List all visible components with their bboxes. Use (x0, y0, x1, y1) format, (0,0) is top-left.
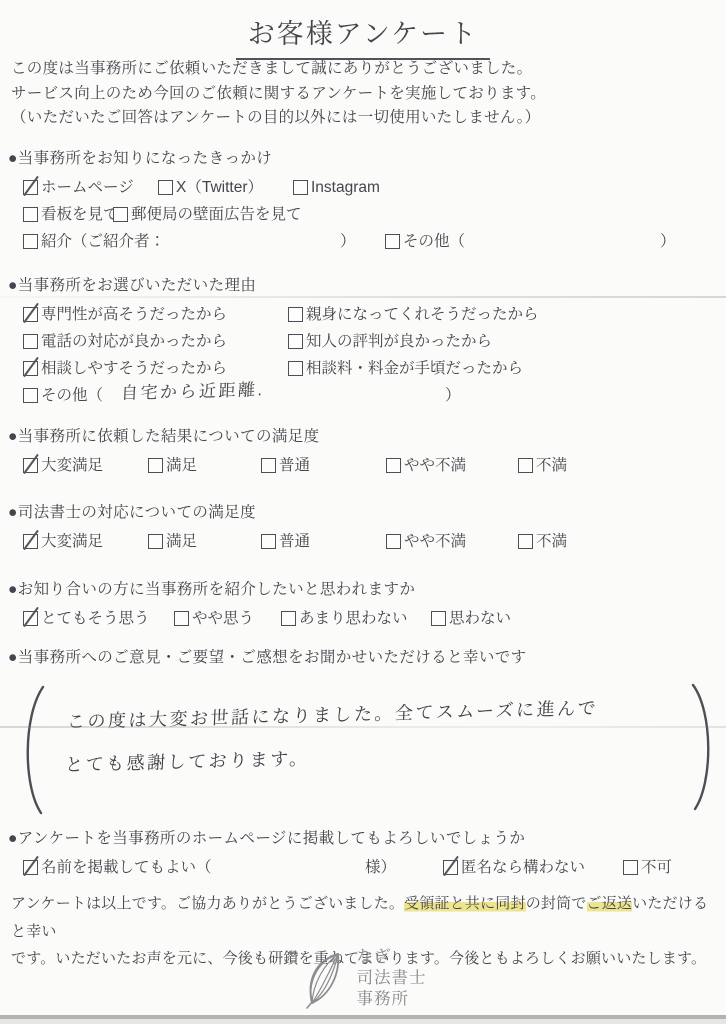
paper-crease-lower (0, 726, 726, 728)
option-label: やや思う (192, 605, 254, 632)
checkbox[interactable] (23, 534, 38, 549)
referral-blank-field[interactable] (183, 228, 338, 255)
reason-options-grid: 専門性が高そうだったから 親身になってくれそうだったから 電話の対応が良かったか… (23, 301, 720, 382)
option-label: あまり思わない (299, 605, 408, 632)
option-kindness[interactable]: 親身になってくれそうだったから (288, 301, 720, 328)
office-name-line-3: 事務所 (357, 989, 427, 1010)
source-options-row-3: 紹介（ご紹介者： ） その他（ ） (23, 228, 720, 255)
closing-highlight-1: 受領証と共に同封 (404, 895, 526, 912)
closing-highlight-2: ご返送 (587, 895, 633, 912)
closing-part-2: の封筒で (526, 895, 587, 912)
option-x-twitter[interactable]: X（Twitter） (158, 174, 293, 201)
option-label: 親身になってくれそうだったから (306, 301, 539, 328)
checkbox[interactable] (23, 458, 38, 473)
page-title: お客様アンケート (236, 12, 490, 60)
intro-line-2: サービス向上のため今回のご依頼に関するアンケートを実施しております。 (11, 82, 546, 107)
recommend-row: とてもそう思う やや思う あまり思わない 思わない (23, 605, 720, 632)
other-reason-close-paren: ） (445, 382, 461, 409)
question-reason: ●当事務所をお選びいただいた理由 専門性が高そうだったから 親身になってくれそう… (8, 273, 720, 409)
option-disagree[interactable]: 思わない (431, 605, 511, 632)
option-instagram[interactable]: Instagram (293, 174, 380, 201)
option-label: 郵便局の壁面広告を見て (131, 201, 302, 228)
option-homepage[interactable]: ホームページ (23, 174, 158, 201)
checkbox[interactable] (288, 307, 303, 322)
question-comments: ●当事務所へのご意見・ご要望・ご感想をお聞かせいただけると幸いです (8, 645, 720, 667)
option-label: 大変満足 (41, 452, 103, 479)
option-label: Instagram (311, 174, 380, 201)
question-reason-heading: ●当事務所をお選びいただいた理由 (8, 273, 720, 295)
office-logo: なぎ 司法書士 事務所 (0, 947, 726, 1010)
survey-page: お客様アンケート この度は当事務所にご依頼いただきまして誠にありがとうございまし… (0, 0, 726, 1024)
option-post-office-ad[interactable]: 郵便局の壁面広告を見て (113, 201, 302, 228)
option-label: とてもそう思う (41, 605, 150, 632)
option-label: 不満 (536, 452, 567, 479)
option-label: 不可 (641, 854, 672, 881)
paper-crease-upper (0, 296, 726, 298)
checkbox[interactable] (261, 458, 276, 473)
option-label: 匿名なら構わない (461, 854, 585, 881)
question-recommend: ●お知り合いの方に当事務所を紹介したいと思われますか とてもそう思う やや思う … (8, 577, 720, 632)
checkbox[interactable] (23, 388, 38, 403)
option-somewhat-dissatisfied[interactable]: やや不満 (386, 528, 518, 555)
option-label: 相談料・料金が手頃だったから (306, 355, 523, 382)
option-other-reason[interactable]: その他（ (23, 382, 103, 409)
title-wrap: お客様アンケート (0, 12, 726, 60)
checkbox[interactable] (386, 458, 401, 473)
option-not-allowed[interactable]: 不可 (623, 854, 672, 881)
option-label: 大変満足 (41, 528, 103, 555)
option-reputation[interactable]: 知人の評判が良かったから (288, 328, 720, 355)
checkbox[interactable] (288, 334, 303, 349)
comments-area[interactable]: この度は大変お世話になりました。全てスムーズに進んで とても感謝しております。 (8, 682, 720, 820)
option-phone-response[interactable]: 電話の対応が良かったから (23, 328, 288, 355)
reason-other-row: その他（ 自宅から近距離. ） (23, 382, 720, 409)
question-publish-heading: ●アンケートを当事務所のホームページに掲載してもよろしいでしょうか (8, 826, 720, 848)
question-recommend-heading: ●お知り合いの方に当事務所を紹介したいと思われますか (8, 577, 720, 599)
leaf-icon (300, 948, 348, 1010)
checkbox[interactable] (623, 860, 638, 875)
option-dissatisfied[interactable]: 不満 (518, 528, 567, 555)
checkbox[interactable] (23, 361, 38, 376)
publish-options-row: 名前を掲載してもよい（ 様） 匿名なら構わない 不可 (23, 854, 720, 881)
checkbox[interactable] (293, 180, 308, 195)
question-source: ●当事務所をお知りになったきっかけ ホームページ X（Twitter） Inst… (8, 146, 720, 255)
checkbox[interactable] (23, 307, 38, 322)
question-comments-heading: ●当事務所へのご意見・ご要望・ご感想をお聞かせいただけると幸いです (8, 645, 720, 667)
checkbox[interactable] (23, 860, 38, 875)
checkbox[interactable] (23, 207, 38, 222)
checkbox[interactable] (23, 234, 38, 249)
option-strongly-agree[interactable]: とてもそう思う (23, 605, 174, 632)
intro-text: この度は当事務所にご依頼いただきまして誠にありがとうございました。 サービス向上… (11, 57, 546, 131)
checkbox[interactable] (518, 458, 533, 473)
option-label: 専門性が高そうだったから (41, 301, 227, 328)
option-label: 満足 (166, 528, 197, 555)
source-options-row-1: ホームページ X（Twitter） Instagram (23, 174, 720, 201)
checkbox[interactable] (431, 611, 446, 626)
checkbox[interactable] (23, 611, 38, 626)
intro-line-3: （いただいたご回答はアンケートの目的以外には一切使用いたしません。） (11, 106, 546, 131)
option-label: 電話の対応が良かったから (41, 328, 227, 355)
comment-bracket-right-icon (690, 682, 720, 812)
option-neutral[interactable]: 普通 (261, 452, 386, 479)
option-label: その他（ (41, 382, 103, 409)
checkbox[interactable] (385, 234, 400, 249)
checkbox[interactable] (148, 458, 163, 473)
question-staff-heading: ●司法書士の対応についての満足度 (8, 500, 720, 522)
question-result-heading: ●当事務所に依頼した結果についての満足度 (8, 424, 720, 446)
checkbox[interactable] (23, 334, 38, 349)
checkbox[interactable] (261, 534, 276, 549)
source-options-row-2: 看板を見て 郵便局の壁面広告を見て (23, 201, 720, 228)
option-anonymous-ok[interactable]: 匿名なら構わない (443, 854, 585, 881)
option-signboard[interactable]: 看板を見て (23, 201, 113, 228)
option-label: 名前を掲載してもよい（ (41, 854, 212, 881)
option-expertise[interactable]: 専門性が高そうだったから (23, 301, 288, 328)
checkbox[interactable] (148, 534, 163, 549)
checkbox[interactable] (158, 180, 173, 195)
handwritten-other-reason: 自宅から近距離. (120, 376, 265, 407)
option-somewhat-agree[interactable]: やや思う (174, 605, 281, 632)
option-reasonable-fee[interactable]: 相談料・料金が手頃だったから (288, 355, 720, 382)
checkbox[interactable] (23, 180, 38, 195)
option-label: 思わない (449, 605, 511, 632)
handwritten-comment: この度は大変お世話になりました。全てスムーズに進んで とても感謝しております。 (64, 687, 599, 787)
question-source-heading: ●当事務所をお知りになったきっかけ (8, 146, 720, 168)
option-label: やや不満 (404, 452, 466, 479)
scan-bottom-margin (0, 1019, 726, 1024)
checkbox[interactable] (386, 534, 401, 549)
question-publish: ●アンケートを当事務所のホームページに掲載してもよろしいでしょうか 名前を掲載し… (8, 826, 720, 881)
other-source-blank-field[interactable] (463, 228, 658, 255)
option-label: 知人の評判が良かったから (306, 328, 492, 355)
option-neutral[interactable]: 普通 (261, 528, 386, 555)
name-blank-field[interactable] (218, 854, 363, 881)
option-label: 普通 (279, 528, 310, 555)
question-result-satisfaction: ●当事務所に依頼した結果についての満足度 大変満足 満足 普通 やや不満 (8, 424, 720, 479)
option-dissatisfied[interactable]: 不満 (518, 452, 567, 479)
option-satisfied[interactable]: 満足 (148, 452, 261, 479)
option-referral[interactable]: 紹介（ご紹介者： (23, 228, 165, 255)
checkbox[interactable] (443, 860, 458, 875)
closing-part-1: アンケートは以上です。ご協力ありがとうございました。 (11, 895, 404, 912)
result-satisfaction-row: 大変満足 満足 普通 やや不満 不満 (23, 452, 720, 479)
office-name-line-1: なぎ (357, 947, 427, 968)
referral-close-paren: ） (340, 228, 356, 255)
staff-satisfaction-row: 大変満足 満足 普通 やや不満 不満 (23, 528, 720, 555)
option-label: X（Twitter） (176, 174, 263, 201)
option-very-satisfied[interactable]: 大変満足 (23, 528, 148, 555)
option-satisfied[interactable]: 満足 (148, 528, 261, 555)
option-other-source[interactable]: その他（ (385, 228, 465, 255)
option-label: 看板を見て (41, 201, 119, 228)
office-name-line-2: 司法書士 (357, 968, 427, 989)
other-source-close-paren: ） (660, 228, 676, 255)
option-label: ホームページ (41, 174, 134, 201)
option-publish-with-name[interactable]: 名前を掲載してもよい（ (23, 854, 212, 881)
question-staff-satisfaction: ●司法書士の対応についての満足度 大変満足 満足 普通 やや不満 (8, 500, 720, 555)
office-name: なぎ 司法書士 事務所 (357, 947, 427, 1010)
option-label: 満足 (166, 452, 197, 479)
option-not-really[interactable]: あまり思わない (281, 605, 431, 632)
checkbox[interactable] (281, 611, 296, 626)
option-label: 普通 (279, 452, 310, 479)
option-very-satisfied[interactable]: 大変満足 (23, 452, 148, 479)
option-label: その他（ (403, 228, 465, 255)
comment-bracket-left-icon (16, 684, 46, 816)
intro-line-1: この度は当事務所にご依頼いただきまして誠にありがとうございました。 (11, 57, 546, 82)
name-close-paren: 様） (365, 854, 396, 881)
checkbox[interactable] (288, 361, 303, 376)
option-label: 紹介（ご紹介者： (41, 228, 165, 255)
option-somewhat-dissatisfied[interactable]: やや不満 (386, 452, 518, 479)
option-label: 不満 (536, 528, 567, 555)
checkbox[interactable] (174, 611, 189, 626)
option-label: やや不満 (404, 528, 466, 555)
checkbox[interactable] (113, 207, 128, 222)
checkbox[interactable] (518, 534, 533, 549)
